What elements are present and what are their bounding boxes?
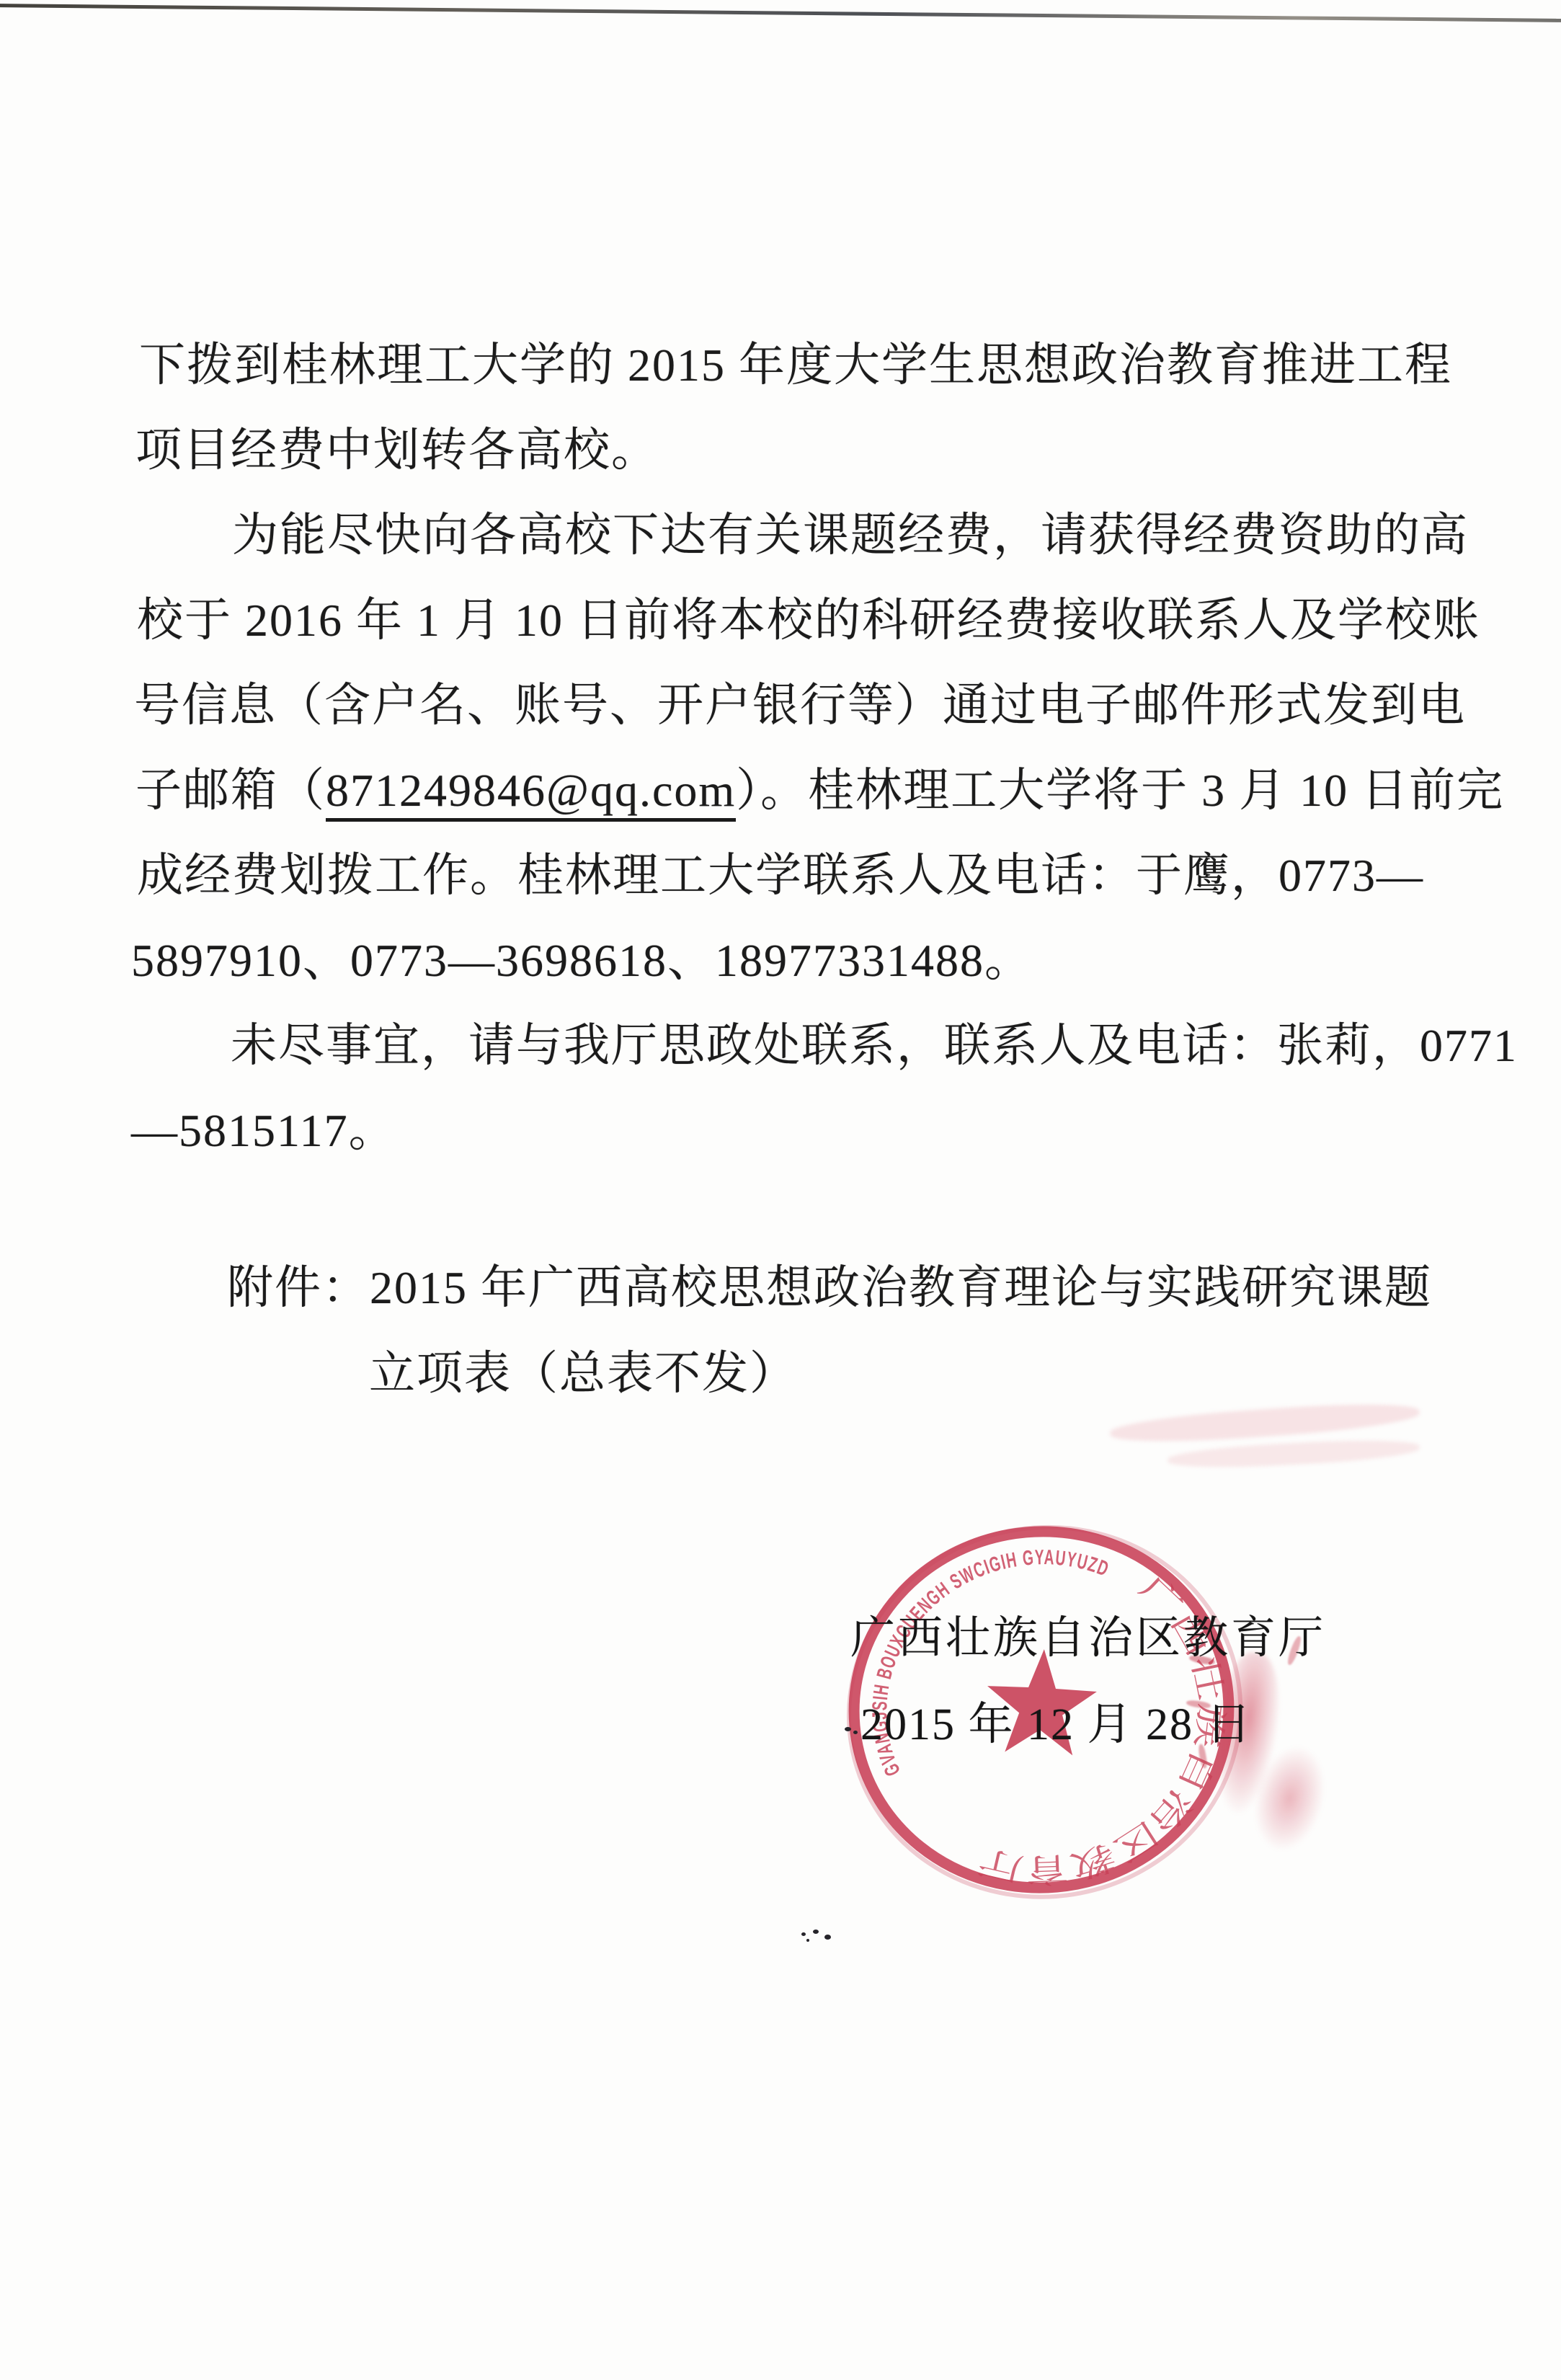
- body-line-6-suffix: ）。桂林理工大学将于 3 月 10 日前完: [736, 765, 1504, 816]
- ink-speckle: [824, 1935, 831, 1940]
- email-address: 871249846@qq.com: [326, 765, 736, 822]
- attachment-line-2: 立项表（总表不发）: [369, 1349, 797, 1399]
- ink-speckle: [801, 1932, 806, 1936]
- body-line-7: 成经费划拨工作。桂林理工大学联系人及电话：于鹰，0773—: [137, 851, 1424, 901]
- body-line-2: 项目经费中划转各高校。: [135, 425, 659, 476]
- seal-ghost-smudge: [1167, 1437, 1420, 1471]
- body-line-5: 号信息（含户名、账号、开户银行等）通过电子邮件形式发到电: [134, 680, 1466, 731]
- body-line-9: 未尽事宜，请与我厅思政处联系，联系人及电话：张莉，0771: [231, 1021, 1518, 1071]
- scanned-letter-page: 下拨到桂林理工大学的 2015 年度大学生思想政治教育推进工程 项目经费中划转各…: [0, 0, 1561, 2380]
- stamp-issuer-text: 广西壮族自治区教育厅: [850, 1602, 1326, 1666]
- ink-speckle: [806, 1939, 809, 1942]
- body-line-6: 子邮箱（871249846@qq.com）。桂林理工大学将于 3 月 10 日前…: [135, 765, 1504, 816]
- body-line-3: 为能尽快向各高校下达有关课题经费，请获得经费资助的高: [232, 510, 1469, 561]
- attachment-line-1: 附件：2015 年广西高校思想政治教育理论与实践研究课题: [227, 1263, 1432, 1313]
- seal-ghost-smudge: [1109, 1398, 1420, 1447]
- body-line-10: —5815117。: [131, 1106, 396, 1156]
- scan-edge-line: [0, 4, 1561, 22]
- body-line-4: 校于 2016 年 1 月 10 日前将本校的科研经费接收联系人及学校账: [137, 595, 1480, 646]
- stamp-date-text: 2015 年 12 月 28 日: [860, 1688, 1253, 1752]
- ink-speckle: [845, 1727, 851, 1731]
- ink-speckle: [813, 1930, 819, 1934]
- body-line-8: 5897910、0773—3698618、18977331488。: [131, 936, 1032, 986]
- body-line-1: 下拨到桂林理工大学的 2015 年度大学生思想政治教育推进工程: [139, 340, 1452, 391]
- body-line-6-prefix: 子邮箱（: [135, 765, 326, 816]
- ink-speckle: [853, 1731, 858, 1734]
